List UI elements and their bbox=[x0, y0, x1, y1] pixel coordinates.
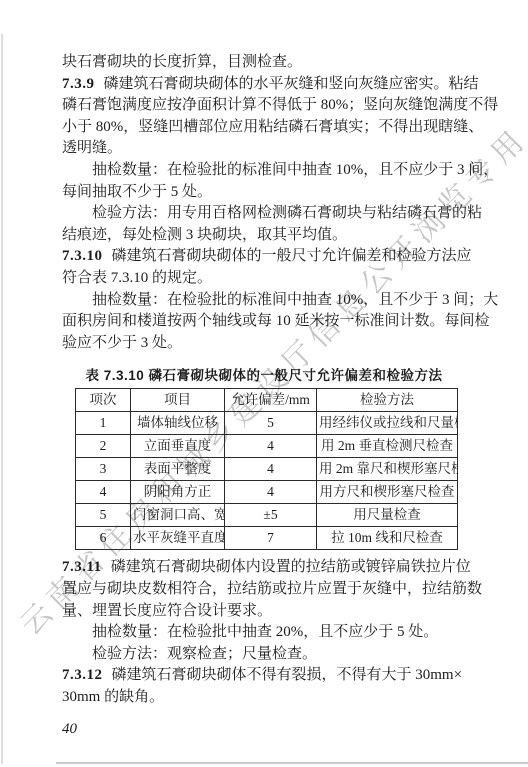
page-content: 块石膏砌块的长度折算，目测检查。7.3.9磷建筑石膏砌块砌体的水平灰缝和竖向灰缝… bbox=[62, 52, 466, 738]
line-text: 磷建筑石膏砌块砌体内设置的拉结筋或镀锌扁铁拉片位 bbox=[111, 559, 471, 575]
line-text: 面积房间和楼道按两个轴线或每 10 延米按一标准间计数。每间检 bbox=[62, 313, 490, 329]
table-cell: 立面垂直度 bbox=[131, 435, 225, 458]
line-text: 抽检数量：在检验批的标准间中抽查 10%，且不应少于 3 间， bbox=[92, 162, 498, 178]
table-cell: 4 bbox=[76, 481, 131, 504]
table-cell: 5 bbox=[76, 504, 131, 527]
section-number: 7.3.11 bbox=[62, 559, 102, 575]
text-line: 检验方法：用专用百格网检测磷石膏砌块与粘结磷石膏的粘 bbox=[62, 203, 466, 225]
table-title: 表 7.3.10 磷石膏砌块砌体的一般尺寸允许偏差和检验方法 bbox=[62, 364, 466, 384]
table-cell: 门窗洞口高、宽 bbox=[131, 504, 225, 527]
line-text: 小于 80%，竖缝凹槽部位应用粘结磷石膏填实；不得出现瞎缝、 bbox=[62, 119, 483, 135]
page-number: 40 bbox=[62, 721, 466, 738]
scan-edge-bottom bbox=[56, 762, 528, 764]
table-cell: 用经纬仪或拉线和尺量检查 bbox=[317, 412, 458, 435]
table-header-cell: 允许偏差/mm bbox=[225, 389, 317, 412]
line-text: 检验方法：观察检查；尺量检查。 bbox=[92, 646, 317, 662]
text-line: 透明缝。 bbox=[62, 138, 466, 160]
line-text: 磷建筑石膏砌块砌体的水平灰缝和竖向灰缝应密实。粘结 bbox=[104, 76, 479, 92]
section-line: 7.3.9磷建筑石膏砌块砌体的水平灰缝和竖向灰缝应密实。粘结 bbox=[62, 74, 466, 96]
table-cell: ±5 bbox=[225, 504, 317, 527]
table-cell: 7 bbox=[225, 527, 317, 550]
section-number: 7.3.10 bbox=[62, 248, 103, 264]
table-cell: 2 bbox=[76, 435, 131, 458]
line-text: 抽检数量：在检验批中抽查 20%，且不应少于 5 处。 bbox=[92, 624, 438, 640]
line-text: 量、埋置长度应符合设计要求。 bbox=[62, 603, 272, 619]
table-cell: 1 bbox=[76, 412, 131, 435]
text-line: 30mm 的缺角。 bbox=[62, 687, 466, 709]
table-cell: 阴阳角方正 bbox=[131, 481, 225, 504]
body-text-before-table: 块石膏砌块的长度折算，目测检查。7.3.9磷建筑石膏砌块砌体的水平灰缝和竖向灰缝… bbox=[62, 52, 466, 354]
text-line: 面积房间和楼道按两个轴线或每 10 延米按一标准间计数。每间检 bbox=[62, 311, 466, 333]
section-line: 7.3.11磷建筑石膏砌块砌体内设置的拉结筋或镀锌扁铁拉片位 bbox=[62, 557, 466, 579]
section-number: 7.3.12 bbox=[62, 667, 103, 683]
text-line: 块石膏砌块的长度折算，目测检查。 bbox=[62, 52, 466, 74]
text-line: 量、埋置长度应符合设计要求。 bbox=[62, 601, 466, 623]
section-number: 7.3.9 bbox=[62, 76, 95, 92]
table-cell: 拉 10m 线和尺检查 bbox=[317, 527, 458, 550]
table-cell: 用 2m 垂直检测尺检查 bbox=[317, 435, 458, 458]
text-line: 磷石膏饱满度应按净面积计算不得低于 80%；竖向灰缝饱满度不得 bbox=[62, 95, 466, 117]
table-row: 4阴阳角方正4用方尺和楔形塞尺检查 bbox=[76, 481, 458, 504]
table-cell: 表面平整度 bbox=[131, 458, 225, 481]
table-cell: 4 bbox=[225, 458, 317, 481]
table-cell: 墙体轴线位移 bbox=[131, 412, 225, 435]
table-header-cell: 检验方法 bbox=[317, 389, 458, 412]
line-text: 磷建筑石膏砌块砌体不得有裂损，不得有大于 30mm× bbox=[112, 667, 463, 683]
line-text: 符合表 7.3.10 的规定。 bbox=[62, 270, 212, 286]
line-text: 结痕迹，每处检测 3 块砌块，取其平均值。 bbox=[62, 227, 347, 243]
table-row: 2立面垂直度4用 2m 垂直检测尺检查 bbox=[76, 435, 458, 458]
line-text: 磷石膏饱满度应按净面积计算不得低于 80%；竖向灰缝饱满度不得 bbox=[62, 97, 498, 113]
table-row: 3表面平整度4用 2m 靠尺和楔形塞尺检查 bbox=[76, 458, 458, 481]
section-line: 7.3.12磷建筑石膏砌块砌体不得有裂损，不得有大于 30mm× bbox=[62, 665, 466, 687]
table-cell: 6 bbox=[76, 527, 131, 550]
line-text: 磷建筑石膏砌块砌体的一般尺寸允许偏差和检验方法应 bbox=[112, 248, 472, 264]
section-line: 7.3.10磷建筑石膏砌块砌体的一般尺寸允许偏差和检验方法应 bbox=[62, 246, 466, 268]
text-line: 置应与砌块皮数相符合，拉结筋或拉片应置于灰缝中，拉结筋数 bbox=[62, 579, 466, 601]
tolerance-table: 项次项目允许偏差/mm检验方法 1墙体轴线位移5用经纬仪或拉线和尺量检查2立面垂… bbox=[75, 388, 458, 550]
line-text: 透明缝。 bbox=[62, 140, 122, 156]
text-line: 符合表 7.3.10 的规定。 bbox=[62, 268, 466, 290]
line-text: 验应不少于 3 处。 bbox=[62, 335, 182, 351]
table-cell: 5 bbox=[225, 412, 317, 435]
table-cell: 3 bbox=[76, 458, 131, 481]
text-line: 检验方法：观察检查；尺量检查。 bbox=[62, 644, 466, 666]
table-header-cell: 项目 bbox=[131, 389, 225, 412]
line-text: 置应与砌块皮数相符合，拉结筋或拉片应置于灰缝中，拉结筋数 bbox=[62, 581, 482, 597]
text-line: 抽检数量：在检验批的标准间中抽查 10%，且不应少于 3 间， bbox=[62, 160, 466, 182]
table-cell: 4 bbox=[225, 435, 317, 458]
line-text: 每间抽取不少于 5 处。 bbox=[62, 184, 212, 200]
table-header-cell: 项次 bbox=[76, 389, 131, 412]
table-cell: 用 2m 靠尺和楔形塞尺检查 bbox=[317, 458, 458, 481]
line-text: 检验方法：用专用百格网检测磷石膏砌块与粘结磷石膏的粘 bbox=[92, 205, 482, 221]
text-line: 小于 80%，竖缝凹槽部位应用粘结磷石膏填实；不得出现瞎缝、 bbox=[62, 117, 466, 139]
line-text: 抽检数量：在检验批的标准间中抽查 10%，且不少于 3 间；大 bbox=[92, 292, 498, 308]
scan-edge-left bbox=[1, 34, 3, 764]
line-text: 块石膏砌块的长度折算，目测检查。 bbox=[62, 54, 302, 70]
text-line: 结痕迹，每处检测 3 块砌块，取其平均值。 bbox=[62, 225, 466, 247]
table-row: 1墙体轴线位移5用经纬仪或拉线和尺量检查 bbox=[76, 412, 458, 435]
line-text: 30mm 的缺角。 bbox=[62, 689, 164, 705]
table-cell: 用尺量检查 bbox=[317, 504, 458, 527]
table-row: 5门窗洞口高、宽±5用尺量检查 bbox=[76, 504, 458, 527]
body-text-after-table: 7.3.11磷建筑石膏砌块砌体内设置的拉结筋或镀锌扁铁拉片位置应与砌块皮数相符合… bbox=[62, 557, 466, 708]
table-cell: 水平灰缝平直度 bbox=[131, 527, 225, 550]
table-row: 6水平灰缝平直度7拉 10m 线和尺检查 bbox=[76, 527, 458, 550]
text-line: 抽检数量：在检验批中抽查 20%，且不应少于 5 处。 bbox=[62, 622, 466, 644]
text-line: 每间抽取不少于 5 处。 bbox=[62, 182, 466, 204]
table-cell: 用方尺和楔形塞尺检查 bbox=[317, 481, 458, 504]
table-cell: 4 bbox=[225, 481, 317, 504]
document-page: 云南省住房和城乡建设厅信息公开浏览专用 块石膏砌块的长度折算，目测检查。7.3.… bbox=[0, 0, 528, 767]
table-header-row: 项次项目允许偏差/mm检验方法 bbox=[76, 389, 458, 412]
text-line: 抽检数量：在检验批的标准间中抽查 10%，且不少于 3 间；大 bbox=[62, 290, 466, 312]
text-line: 验应不少于 3 处。 bbox=[62, 333, 466, 355]
